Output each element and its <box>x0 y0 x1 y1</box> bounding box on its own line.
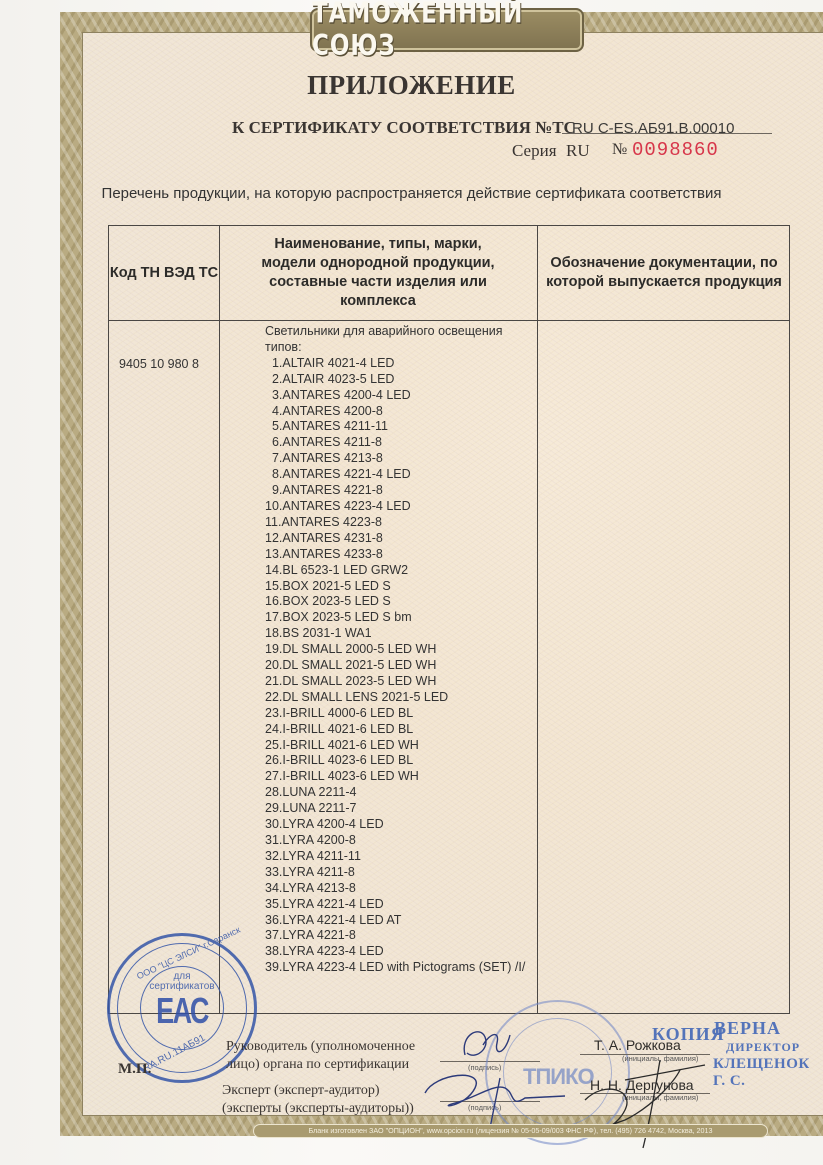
product-list-item: 12.ANTARES 4231-8 <box>265 531 525 547</box>
products-table: Код ТН ВЭД ТС Наименование, типы, марки,… <box>108 225 790 1014</box>
product-list-item: 35.LYRA 4221-4 LED <box>265 897 525 913</box>
product-list-item: 28.LUNA 2211-4 <box>265 785 525 801</box>
hs-code-value: 9405 10 980 8 <box>119 357 199 371</box>
product-list-item: 32.LYRA 4211-11 <box>265 849 525 865</box>
product-list-item: 16.BOX 2023-5 LED S <box>265 594 525 610</box>
head-name-caption: (инициалы, фамилия) <box>622 1054 698 1063</box>
header-documentation-label: Обозначение документации, по которой вып… <box>544 254 784 292</box>
product-list-item: 15.BOX 2021-5 LED S <box>265 579 525 595</box>
form-printer-note: Бланк изготовлен ЗАО "ОПЦИОН", www.opcio… <box>253 1124 768 1138</box>
product-list-item: 29.LUNA 2211-7 <box>265 801 525 817</box>
seal-place-label: М.П. <box>118 1061 151 1078</box>
product-list-intro: Перечень продукции, на которую распростр… <box>0 185 823 202</box>
product-list-item: 19.DL SMALL 2000-5 LED WH <box>265 642 525 658</box>
product-list-item: 25.I-BRILL 4021-6 LED WH <box>265 738 525 754</box>
expert-label-line1: Эксперт (эксперт-аудитор) <box>222 1082 414 1100</box>
eac-mark-icon: ЕАС <box>128 990 236 1032</box>
expert-name-caption: (инициалы, фамилия) <box>622 1093 698 1102</box>
product-list-item: 11.ANTARES 4223-8 <box>265 515 525 531</box>
product-list-item: 21.DL SMALL 2023-5 LED WH <box>265 674 525 690</box>
header-divider <box>109 320 789 321</box>
product-list-item: 37.LYRA 4221-8 <box>265 928 525 944</box>
number-sign: № <box>612 141 627 159</box>
product-list-item: 13.ANTARES 4233-8 <box>265 547 525 563</box>
head-label-line2: лицо) органа по сертификации <box>226 1056 415 1074</box>
copy-stamp-line2: ВЕРНА <box>714 1018 781 1039</box>
copy-stamp-line3: ДИРЕКТОР <box>726 1040 800 1055</box>
product-list-item: 27.I-BRILL 4023-6 LED WH <box>265 769 525 785</box>
expert-label: Эксперт (эксперт-аудитор) (эксперты (экс… <box>222 1082 414 1118</box>
product-list-item: 17.BOX 2023-5 LED S bm <box>265 610 525 626</box>
product-list-item: 2.ALTAIR 4023-5 LED <box>265 372 525 388</box>
product-list-item: 26.I-BRILL 4023-6 LED BL <box>265 753 525 769</box>
product-list-item: 4.ANTARES 4200-8 <box>265 404 525 420</box>
product-list-item: 30.LYRA 4200-4 LED <box>265 817 525 833</box>
header-documentation: Обозначение документации, по которой вып… <box>537 226 791 320</box>
product-list-item: 14.BL 6523-1 LED GRW2 <box>265 563 525 579</box>
series-label: Серия <box>512 141 557 161</box>
description-intro-types: типов: <box>265 340 525 356</box>
product-list-item: 39.LYRA 4223-4 LED with Pictograms (SET)… <box>265 960 525 976</box>
product-list-item: 8.ANTARES 4221-4 LED <box>265 467 525 483</box>
product-list: 1.ALTAIR 4021-4 LED 2.ALTAIR 4023-5 LED … <box>265 356 525 976</box>
product-list-item: 23.I-BRILL 4000-6 LED BL <box>265 706 525 722</box>
product-list-item: 18.BS 2031-1 WA1 <box>265 626 525 642</box>
header-product-name-label: Наименование, типы, марки, модели одноро… <box>253 235 503 311</box>
header-hs-code: Код ТН ВЭД ТС <box>109 226 219 320</box>
certificate-number-underline <box>562 133 772 134</box>
stamp-for-text: длясертификатов <box>110 972 254 992</box>
product-list-item: 20.DL SMALL 2021-5 LED WH <box>265 658 525 674</box>
product-description: Светильники для аварийного освещения тип… <box>265 324 525 976</box>
product-list-item: 7.ANTARES 4213-8 <box>265 451 525 467</box>
product-list-item: 1.ALTAIR 4021-4 LED <box>265 356 525 372</box>
product-list-item: 33.LYRA 4211-8 <box>265 865 525 881</box>
certificate-label: К СЕРТИФИКАТУ СООТВЕТСТВИЯ №ТС <box>232 118 576 138</box>
page-title: ПРИЛОЖЕНИЕ <box>0 70 823 101</box>
product-list-item: 22.DL SMALL LENS 2021-5 LED <box>265 690 525 706</box>
copy-stamp-line4: КЛЕЩЕНОК Г. С. <box>713 1056 823 1090</box>
header-hs-code-label: Код ТН ВЭД ТС <box>110 264 218 283</box>
product-list-item: 24.I-BRILL 4021-6 LED BL <box>265 722 525 738</box>
certificate-number: RU C-ES.АБ91.В.00010 <box>572 120 734 137</box>
expert-label-line2: (эксперты (эксперты-аудиторы)) <box>222 1100 414 1118</box>
head-label-line1: Руководитель (уполномоченное <box>226 1038 415 1056</box>
column-divider <box>537 226 538 1013</box>
column-divider <box>219 226 220 1013</box>
serial-number: 0098860 <box>632 139 719 161</box>
header-product-name: Наименование, типы, марки, модели одноро… <box>219 226 537 320</box>
company-logo-icon: ТПИКО <box>523 1064 594 1090</box>
banner-text: ТАМОЖЕННЫЙ СОЮЗ <box>312 0 582 63</box>
product-list-item: 34.LYRA 4213-8 <box>265 881 525 897</box>
product-list-item: 31.LYRA 4200-8 <box>265 833 525 849</box>
expert-name: Н. Н. Дергунова <box>590 1077 694 1093</box>
product-list-item: 9.ANTARES 4221-8 <box>265 483 525 499</box>
product-list-item: 5.ANTARES 4211-11 <box>265 419 525 435</box>
product-list-item: 10.ANTARES 4223-4 LED <box>265 499 525 515</box>
description-intro: Светильники для аварийного освещения <box>265 324 525 340</box>
product-list-item: 3.ANTARES 4200-4 LED <box>265 388 525 404</box>
product-list-item: 6.ANTARES 4211-8 <box>265 435 525 451</box>
customs-union-banner: ТАМОЖЕННЫЙ СОЮЗ <box>310 8 584 52</box>
head-of-body-label: Руководитель (уполномоченное лицо) орган… <box>226 1038 415 1074</box>
series-value: RU <box>566 141 590 161</box>
product-list-item: 36.LYRA 4221-4 LED AT <box>265 913 525 929</box>
product-list-item: 38.LYRA 4223-4 LED <box>265 944 525 960</box>
